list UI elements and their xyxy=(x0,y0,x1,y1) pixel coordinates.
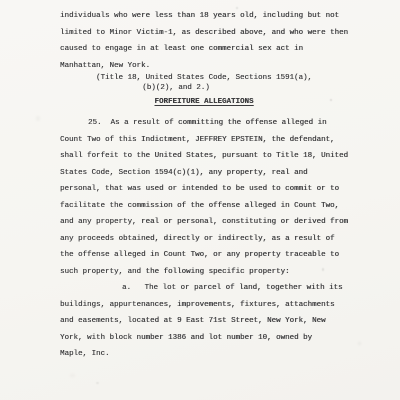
document-line: limited to Minor Victim-1, as described … xyxy=(60,25,348,42)
document-line: Maple, Inc. xyxy=(60,346,348,363)
scan-smudge xyxy=(70,374,75,377)
section-heading: FORFEITURE ALLEGATIONS xyxy=(60,96,348,109)
citation-line: (Title 18, United States Code, Sections … xyxy=(60,74,348,84)
document-line: Count Two of this Indictment, JEFFREY EP… xyxy=(60,132,348,149)
scan-smudge xyxy=(36,116,40,121)
scan-smudge xyxy=(96,382,99,384)
citation-line: (b)(2), and 2.) xyxy=(32,84,320,94)
document-line: shall forfeit to the United States, purs… xyxy=(60,148,348,165)
document-line: facilitate the commission of the offense… xyxy=(60,198,348,215)
statute-citation: (Title 18, United States Code, Sections … xyxy=(60,74,348,93)
document-line: 25. As a result of committing the offens… xyxy=(60,115,348,132)
document-line: such property, and the following specifi… xyxy=(60,264,348,281)
subparagraph-a: a. The lot or parcel of land, together w… xyxy=(60,280,348,363)
scan-smudge xyxy=(330,99,332,101)
document-line: the offense alleged in Count Two, or any… xyxy=(60,247,348,264)
paragraph-25: 25. As a result of committing the offens… xyxy=(60,115,348,280)
document-line: and easements, located at 9 East 71st St… xyxy=(60,313,348,330)
document-text-column: individuals who were less than 18 years … xyxy=(60,8,348,363)
scan-smudge xyxy=(358,342,361,345)
document-line: York, with block number 1386 and lot num… xyxy=(60,330,348,347)
document-line: a. The lot or parcel of land, together w… xyxy=(60,280,348,297)
document-line: caused to engage in at least one commerc… xyxy=(60,41,348,58)
document-line: and any property, real or personal, cons… xyxy=(60,214,348,231)
scan-smudge xyxy=(322,268,324,271)
document-page: individuals who were less than 18 years … xyxy=(0,0,400,400)
document-line: States Code, Section 1594(c)(1), any pro… xyxy=(60,165,348,182)
document-line: any proceeds obtained, directly or indir… xyxy=(60,231,348,248)
document-line: personal, that was used or intended to b… xyxy=(60,181,348,198)
document-line: Manhattan, New York. xyxy=(60,58,348,75)
document-line: buildings, appurtenances, improvements, … xyxy=(60,297,348,314)
scan-smudge xyxy=(236,7,238,9)
document-line: individuals who were less than 18 years … xyxy=(60,8,348,25)
intro-paragraph: individuals who were less than 18 years … xyxy=(60,8,348,74)
